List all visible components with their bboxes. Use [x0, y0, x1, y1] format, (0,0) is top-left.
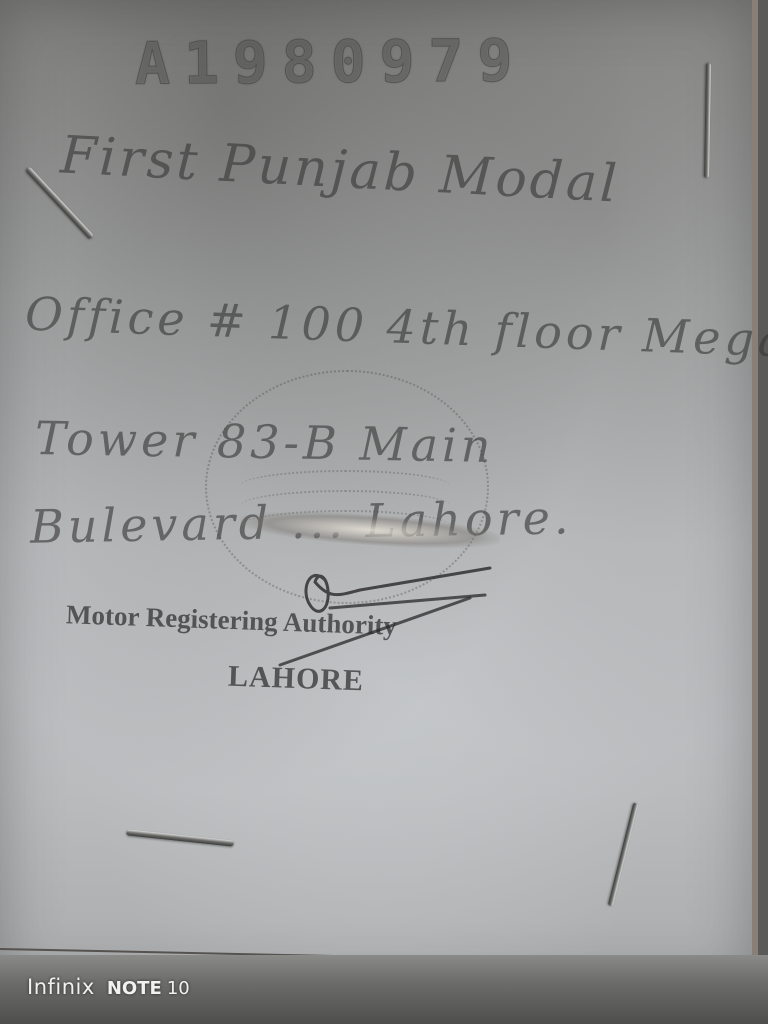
- staple-icon: [126, 829, 234, 846]
- handwritten-line-2: Office # 100 4th floor Mega: [24, 287, 768, 368]
- signature-icon: [270, 560, 510, 670]
- document-page: A1980979 First Punjab Modal Office # 100…: [0, 0, 758, 990]
- watermark-model-number: 10: [167, 978, 190, 999]
- handwritten-line-1: First Punjab Modal: [59, 125, 621, 214]
- staple-icon: [608, 802, 638, 906]
- camera-watermark: Infinix NOTE 10: [27, 975, 190, 999]
- watermark-brand: Infinix: [27, 975, 95, 999]
- watermark-model: NOTE: [107, 978, 162, 999]
- serial-number: A1980979: [135, 26, 527, 97]
- staple-icon: [704, 63, 711, 178]
